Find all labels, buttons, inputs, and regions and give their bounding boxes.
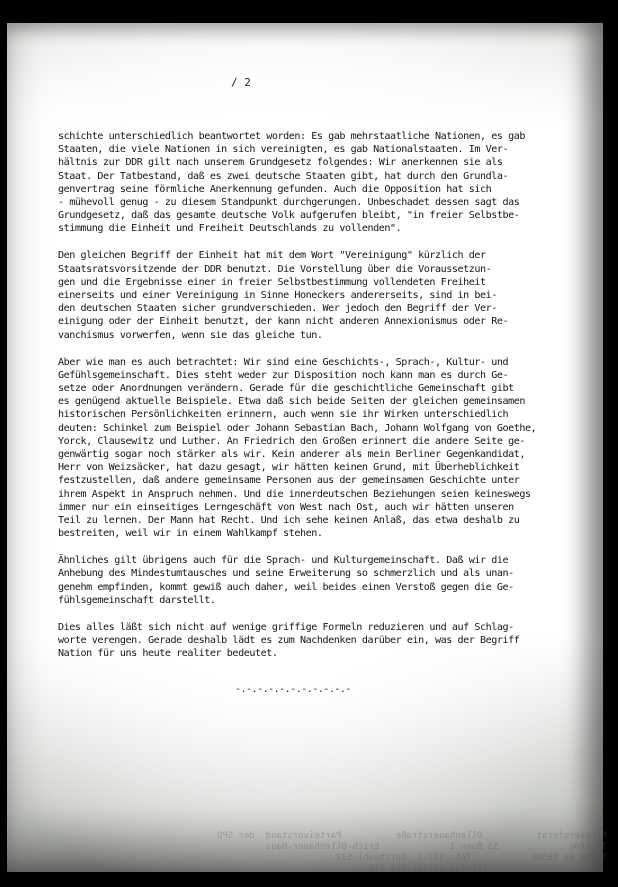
paragraph: Dies alles läßt sich nicht auf wenige gr… <box>58 621 578 661</box>
paragraph: Den gleichen Begriff der Einheit hat mit… <box>58 249 578 341</box>
paragraph: schichte unterschiedlich beantwortet wor… <box>58 130 578 236</box>
end-separator: -.-.-.-.-.-.-.-.-.-.- <box>235 684 351 695</box>
paragraph: Aber wie man es auch betrachtet: Wir sin… <box>58 356 578 541</box>
bleed-through-letterhead: Pressereferat Ollenhauerstraße Parteivor… <box>107 831 607 879</box>
document-body: schichte unterschiedlich beantwortet wor… <box>58 130 578 674</box>
scanned-page: / 2 schichte unterschiedlich beantwortet… <box>7 23 603 872</box>
paragraph: Ähnliches gilt übrigens auch für die Spr… <box>58 554 578 607</box>
page-number: / 2 <box>231 76 251 89</box>
